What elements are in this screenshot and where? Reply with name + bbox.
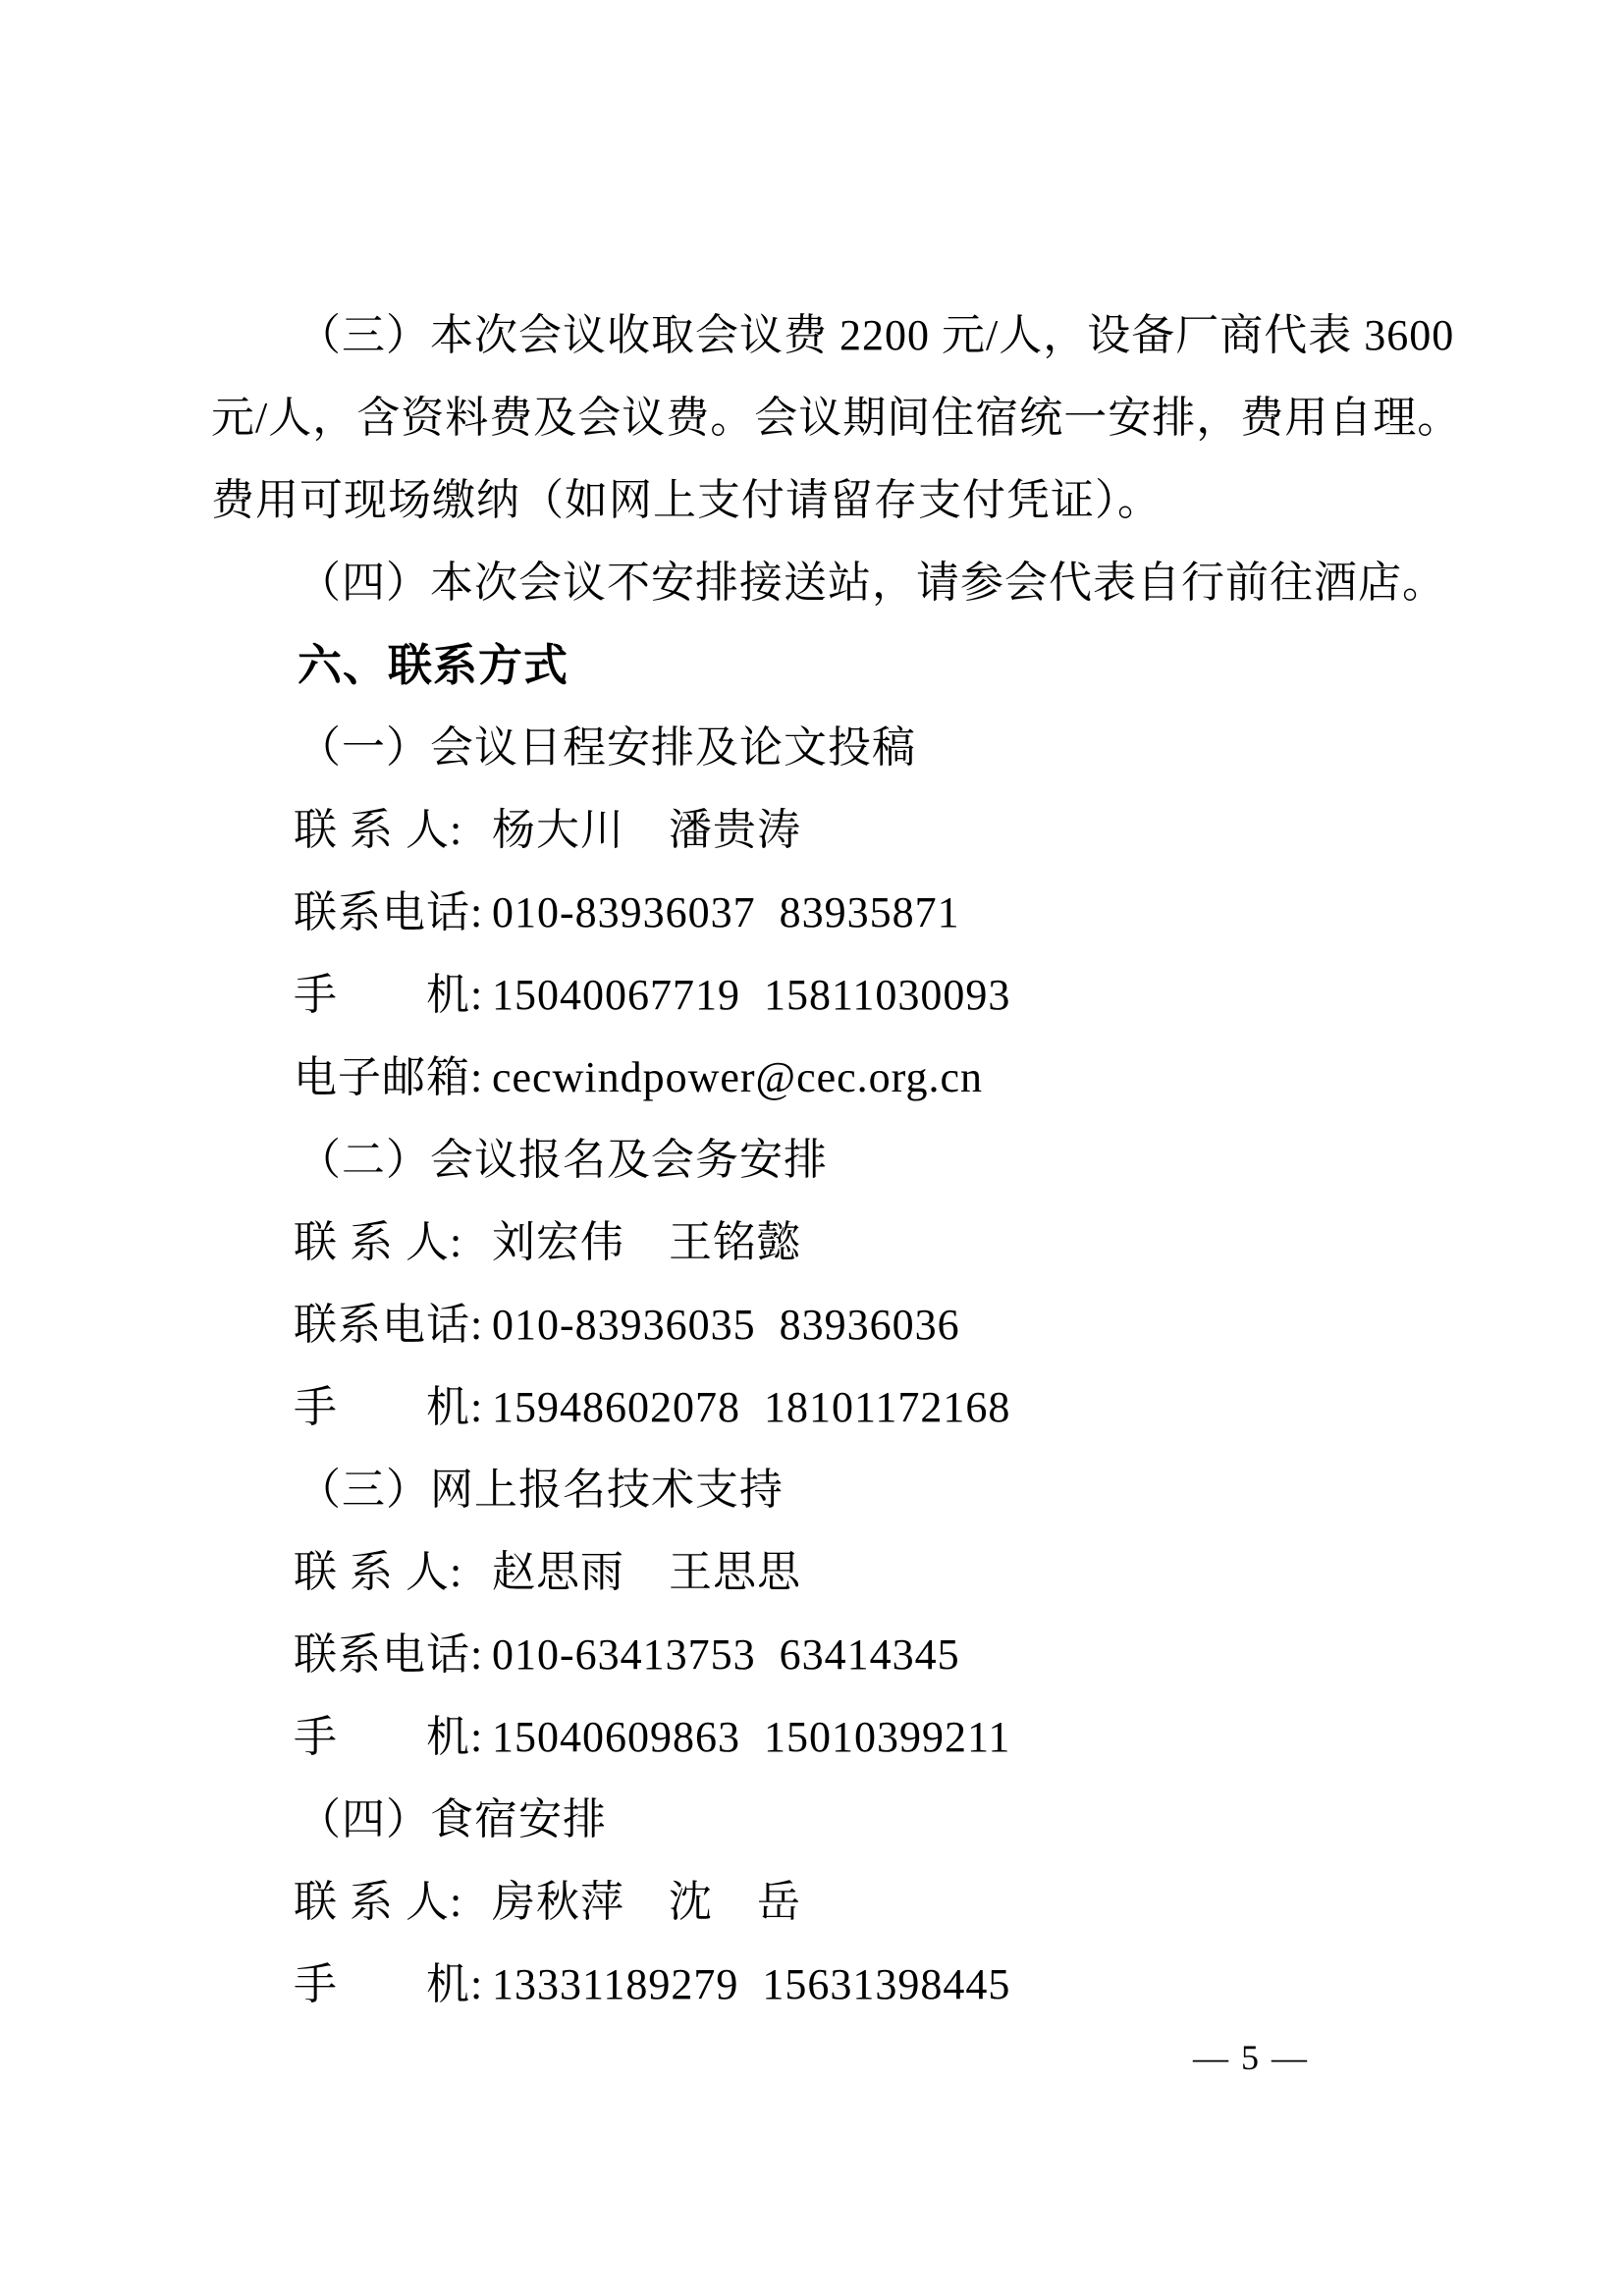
contact-row: 手 机:15040067719 15811030093 — [211, 954, 1488, 1037]
contact-row-label: 联 系 人: — [294, 1201, 492, 1284]
contact-row-label: 手 机: — [294, 1696, 492, 1779]
paragraph-line: （四）本次会议不安排接送站，请参会代表自行前往酒店。 — [211, 542, 1488, 624]
contact-row-value: 010-83936037 83935871 — [492, 888, 960, 936]
contact-group-title: （三）网上报名技术支持 — [211, 1449, 1488, 1531]
document-page: { "body": { "paragraph_3": { "line1": "（… — [0, 0, 1624, 2296]
contact-row: 联 系 人:杨大川 潘贵涛 — [211, 789, 1488, 872]
contact-row: 电子邮箱:cecwindpower@cec.org.cn — [211, 1037, 1488, 1119]
page-number: — 5 — — [1193, 2034, 1309, 2081]
paragraph-line: 费用可现场缴纳（如网上支付请留存支付凭证）。 — [211, 459, 1488, 542]
contact-row-label: 手 机: — [294, 1944, 492, 2026]
contact-row-label: 电子邮箱: — [294, 1037, 492, 1119]
contact-row-label: 联 系 人: — [294, 1531, 492, 1614]
contact-group-title: （二）会议报名及会务安排 — [211, 1119, 1488, 1201]
contact-row: 联系电话:010-83936035 83936036 — [211, 1284, 1488, 1366]
contact-row: 联 系 人:赵思雨 王思思 — [211, 1531, 1488, 1614]
contact-row-value: 010-63413753 63414345 — [492, 1630, 960, 1679]
contact-group-title: （四）食宿安排 — [211, 1779, 1488, 1861]
paragraph-line: （三）本次会议收取会议费 2200 元/人，设备厂商代表 3600 — [211, 294, 1488, 377]
document-body: （三）本次会议收取会议费 2200 元/人，设备厂商代表 3600 元/人，含资… — [211, 294, 1488, 2026]
contact-row-label: 联系电话: — [294, 1614, 492, 1696]
contact-row: 手 机:13331189279 15631398445 — [211, 1944, 1488, 2026]
contact-row-label: 手 机: — [294, 954, 492, 1037]
contact-row: 手 机:15948602078 18101172168 — [211, 1366, 1488, 1449]
contact-row-value: 房秋萍 沈 岳 — [492, 1878, 801, 1926]
contact-row-label: 联系电话: — [294, 1284, 492, 1366]
contact-row: 手 机:15040609863 15010399211 — [211, 1696, 1488, 1779]
contact-row: 联 系 人:房秋萍 沈 岳 — [211, 1861, 1488, 1944]
contact-row-label: 联 系 人: — [294, 789, 492, 872]
contact-row-value: 15948602078 18101172168 — [492, 1383, 1010, 1431]
contact-row: 联系电话:010-83936037 83935871 — [211, 872, 1488, 954]
contact-row-label: 手 机: — [294, 1366, 492, 1449]
contact-row-label: 联 系 人: — [294, 1861, 492, 1944]
paragraph-line: 元/人，含资料费及会议费。会议期间住宿统一安排，费用自理。 — [211, 377, 1488, 459]
contact-row-value: 010-83936035 83936036 — [492, 1301, 960, 1349]
contact-group-title: （一）会议日程安排及论文投稿 — [211, 707, 1488, 789]
contact-row-value: 13331189279 15631398445 — [492, 1960, 1010, 2008]
contact-row-value: 15040609863 15010399211 — [492, 1713, 1010, 1761]
contact-row-value: 杨大川 潘贵涛 — [492, 806, 801, 854]
contact-row: 联 系 人:刘宏伟 王铭懿 — [211, 1201, 1488, 1284]
contact-row-value: cecwindpower@cec.org.cn — [492, 1053, 983, 1101]
contact-row-label: 联系电话: — [294, 872, 492, 954]
contact-row-value: 赵思雨 王思思 — [492, 1548, 801, 1596]
contact-row: 联系电话:010-63413753 63414345 — [211, 1614, 1488, 1696]
contact-row-value: 15040067719 15811030093 — [492, 971, 1010, 1019]
section-heading: 六、联系方式 — [211, 624, 1488, 707]
contact-row-value: 刘宏伟 王铭懿 — [492, 1218, 801, 1266]
